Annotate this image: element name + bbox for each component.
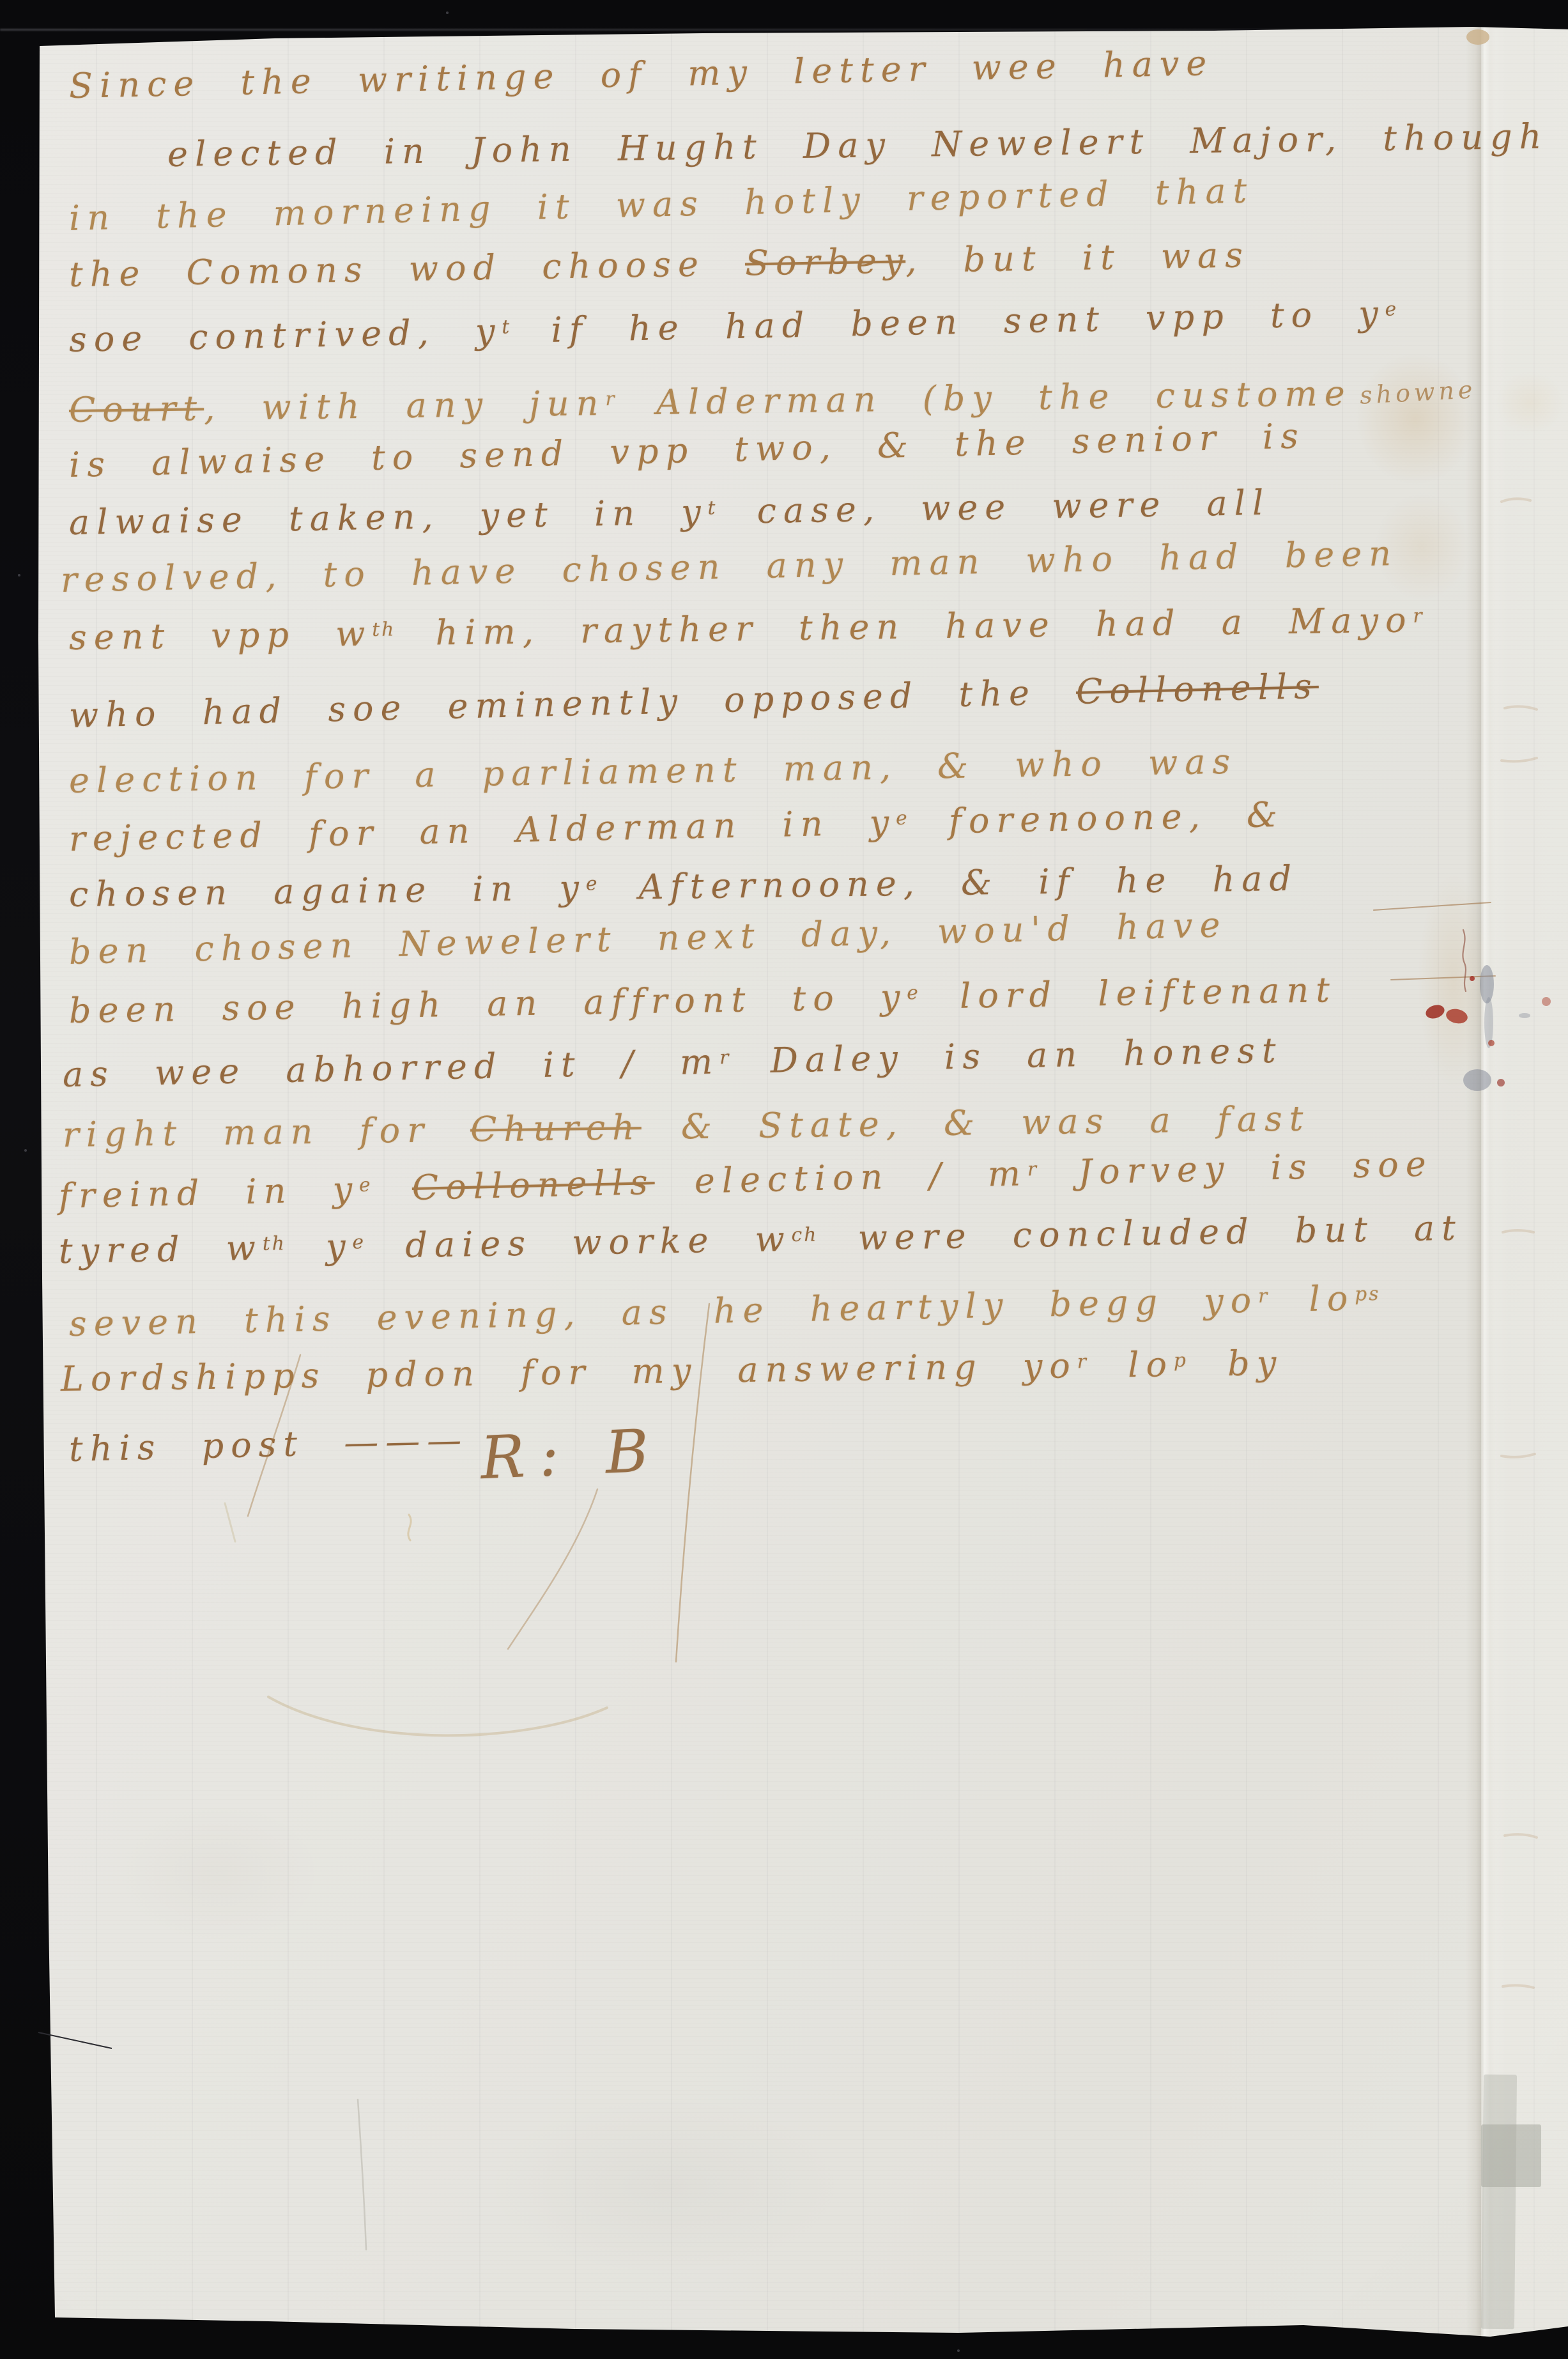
- dust-speck: [446, 12, 449, 14]
- dust-speck: [24, 1149, 27, 1152]
- letter-page: Since the writinge of my letter wee have…: [0, 0, 1568, 2359]
- photo-stage: Since the writinge of my letter wee have…: [0, 0, 1568, 2359]
- dust-speck: [957, 2349, 960, 2352]
- dust-speck: [18, 574, 20, 576]
- paper-vignette: [0, 0, 1568, 2359]
